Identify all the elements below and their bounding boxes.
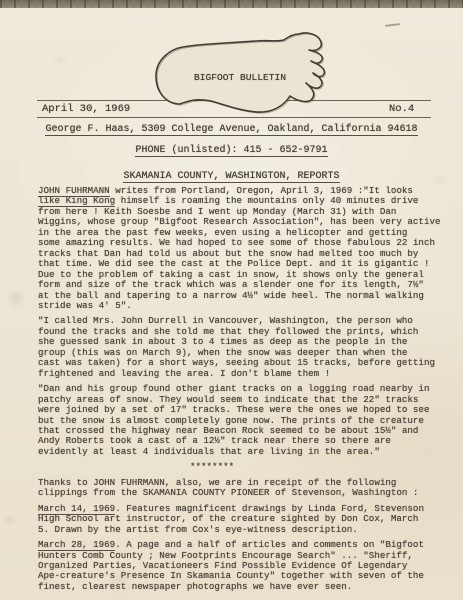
text-line: clippings from the SKAMANIA COUNTY PIONE… <box>38 488 450 498</box>
article-heading: SKAMANIA COUNTY, WASHINGTON, REPORTS <box>123 171 339 183</box>
pen-stray-mark <box>385 23 400 27</box>
paragraph: Thanks to JOHN FUHRMANN, also, we are in… <box>38 478 450 499</box>
paragraph: March 28, 1969. A page and a half of art… <box>38 540 450 592</box>
header-rule-bottom <box>37 117 431 118</box>
paragraph: March 14, 1969. Features magnificent dra… <box>38 504 450 535</box>
article-body: JOHN FUHRMANN writes from Portland, Oreg… <box>38 186 450 597</box>
paragraph: JOHN FUHRMANN writes from Portland, Oreg… <box>38 186 450 311</box>
phone-row: PHONE (unlisted): 415 - 652-9791 <box>0 145 463 156</box>
text-line: 5. Drawn by the artist from Cox's eye-wi… <box>38 525 450 535</box>
section-divider: ******** <box>38 462 450 472</box>
paragraph: "Dan and his group found other giant tra… <box>38 384 450 457</box>
text-line: frightened and leaving the area. I don't… <box>38 369 450 379</box>
paragraph: "I called Mrs. John Durrell in Vancouver… <box>38 316 450 379</box>
bulletin-page: BIGFOOT BULLETIN April 30, 1969 No.4 Geo… <box>0 0 463 600</box>
article-heading-row: SKAMANIA COUNTY, WASHINGTON, REPORTS <box>0 171 463 182</box>
issue-number: No.4 <box>389 103 414 115</box>
scan-edge <box>0 0 463 8</box>
logo-text: BIGFOOT BULLETIN <box>150 72 330 83</box>
text-line: evidently at least 4 individuals that ar… <box>38 447 450 457</box>
text-line: finest, clearest newspaper photographs w… <box>38 582 450 592</box>
phone-line: PHONE (unlisted): 415 - 652-9791 <box>135 145 327 157</box>
publisher-address-row: George F. Haas, 5309 College Avenue, Oak… <box>0 124 463 135</box>
text-line: ******** <box>38 462 450 472</box>
issue-date: April 30, 1969 <box>42 103 130 115</box>
publisher-address: George F. Haas, 5309 College Avenue, Oak… <box>45 124 417 136</box>
text-line: stride was 4' 5". <box>38 301 450 311</box>
